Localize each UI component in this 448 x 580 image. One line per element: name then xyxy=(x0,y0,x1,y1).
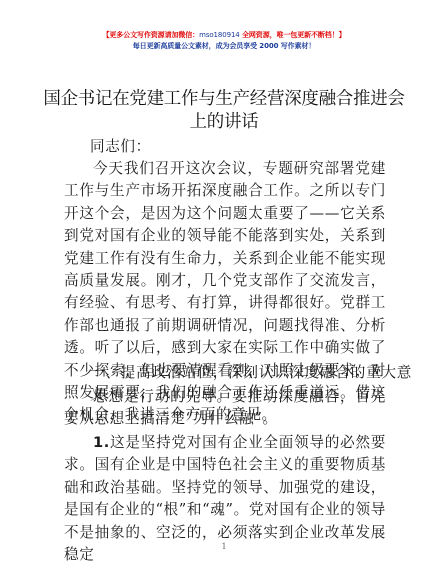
point-1-number: 1. xyxy=(93,434,110,451)
document-title: 国企书记在党建工作与生产经营深度融合推进会上的讲话 xyxy=(40,88,408,134)
promo-wechat-id: mso180914 xyxy=(199,31,240,39)
salutation: 同志们： xyxy=(90,136,412,158)
promo-banner-line-2: 每日更新高质量公文素材，成为会员享受 2000 写作素材！ xyxy=(0,42,448,51)
promo-suffix: 全网资源，唯一包更新不断档！】 xyxy=(240,31,346,39)
section-intro-paragraph: 思想是行动的先导。要推动深度融合，首先要从思想上搞清楚“为什么融”。 xyxy=(64,386,386,431)
promo-banner-line-1: 【更多公文写作资源请加微信：mso180914 全网资源，唯一包更新不断档！】 xyxy=(0,31,448,40)
page-number: 1 xyxy=(219,542,229,551)
document-page: 【更多公文写作资源请加微信：mso180914 全网资源，唯一包更新不断档！】 … xyxy=(0,0,448,580)
promo-prefix: 【更多公文写作资源请加微信： xyxy=(102,31,199,39)
